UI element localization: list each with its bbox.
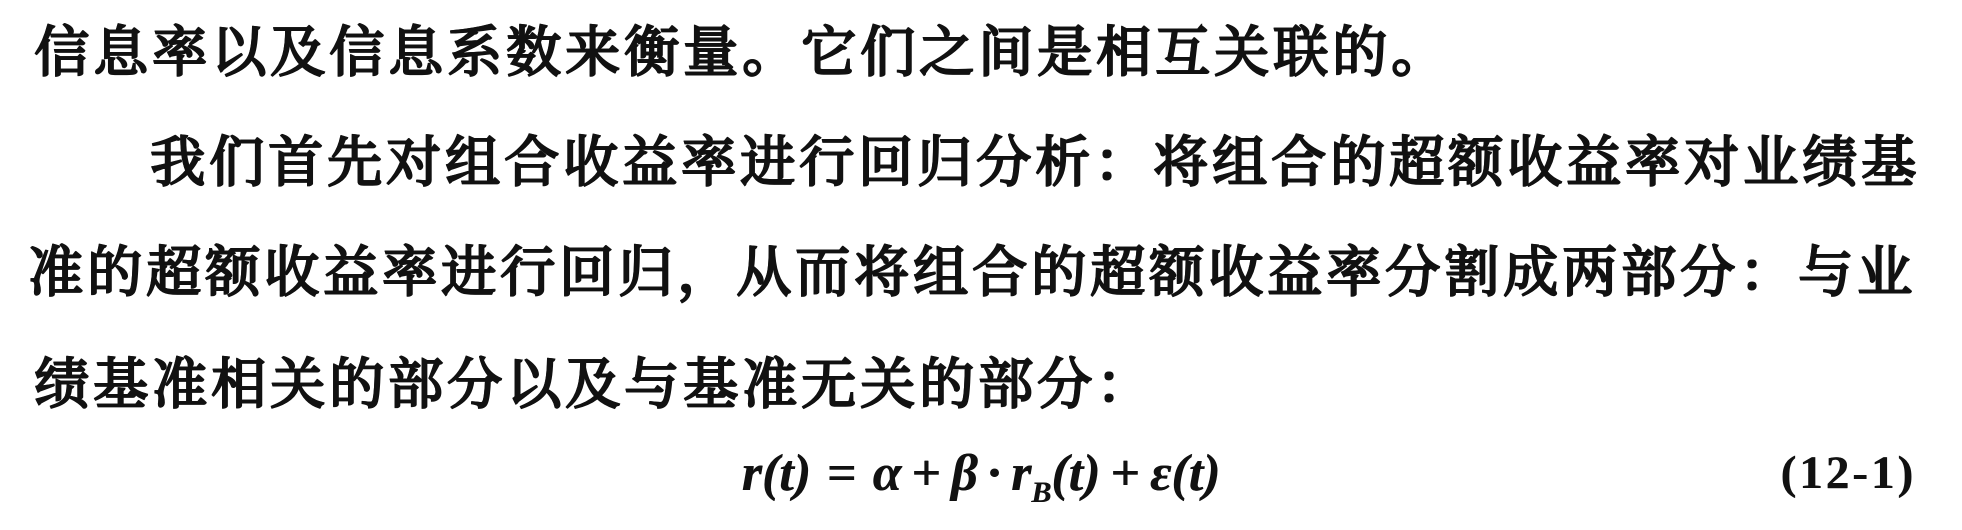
alpha-term: α (873, 445, 902, 502)
regression-equation: r(t)=α+β·rB(t)+ε(t) (0, 444, 1962, 503)
multiplication-dot: · (978, 445, 1011, 502)
equation-number: (12-1) (1781, 446, 1916, 500)
equation-row: r(t)=α+β·rB(t)+ε(t) (12-1) (0, 444, 1962, 524)
benchmark-return-base: r (1011, 445, 1031, 502)
paragraph-line-4: 绩基准相关的部分以及与基准无关的部分： (34, 340, 1155, 419)
plus-sign-2: + (1100, 445, 1150, 502)
scanned-document-page: 信息率以及信息系数来衡量。它们之间是相互关联的。 我们首先对组合收益率进行回归分… (0, 0, 1962, 530)
beta-term: β (951, 445, 978, 502)
paragraph-line-2: 我们首先对组合收益率进行回归分析：将组合的超额收益率对业绩基 (150, 118, 1920, 197)
equation-lhs: r(t) (742, 445, 811, 502)
benchmark-subscript: B (1031, 476, 1051, 509)
equals-sign: = (811, 445, 873, 502)
benchmark-return-arg: (t) (1051, 445, 1100, 502)
plus-sign-1: + (901, 445, 951, 502)
paragraph-line-3: 准的超额收益率进行回归，从而将组合的超额收益率分割成两部分：与业 (28, 228, 1916, 307)
epsilon-term: ε(t) (1150, 445, 1220, 502)
paragraph-line-1: 信息率以及信息系数来衡量。它们之间是相互关联的。 (34, 8, 1450, 87)
